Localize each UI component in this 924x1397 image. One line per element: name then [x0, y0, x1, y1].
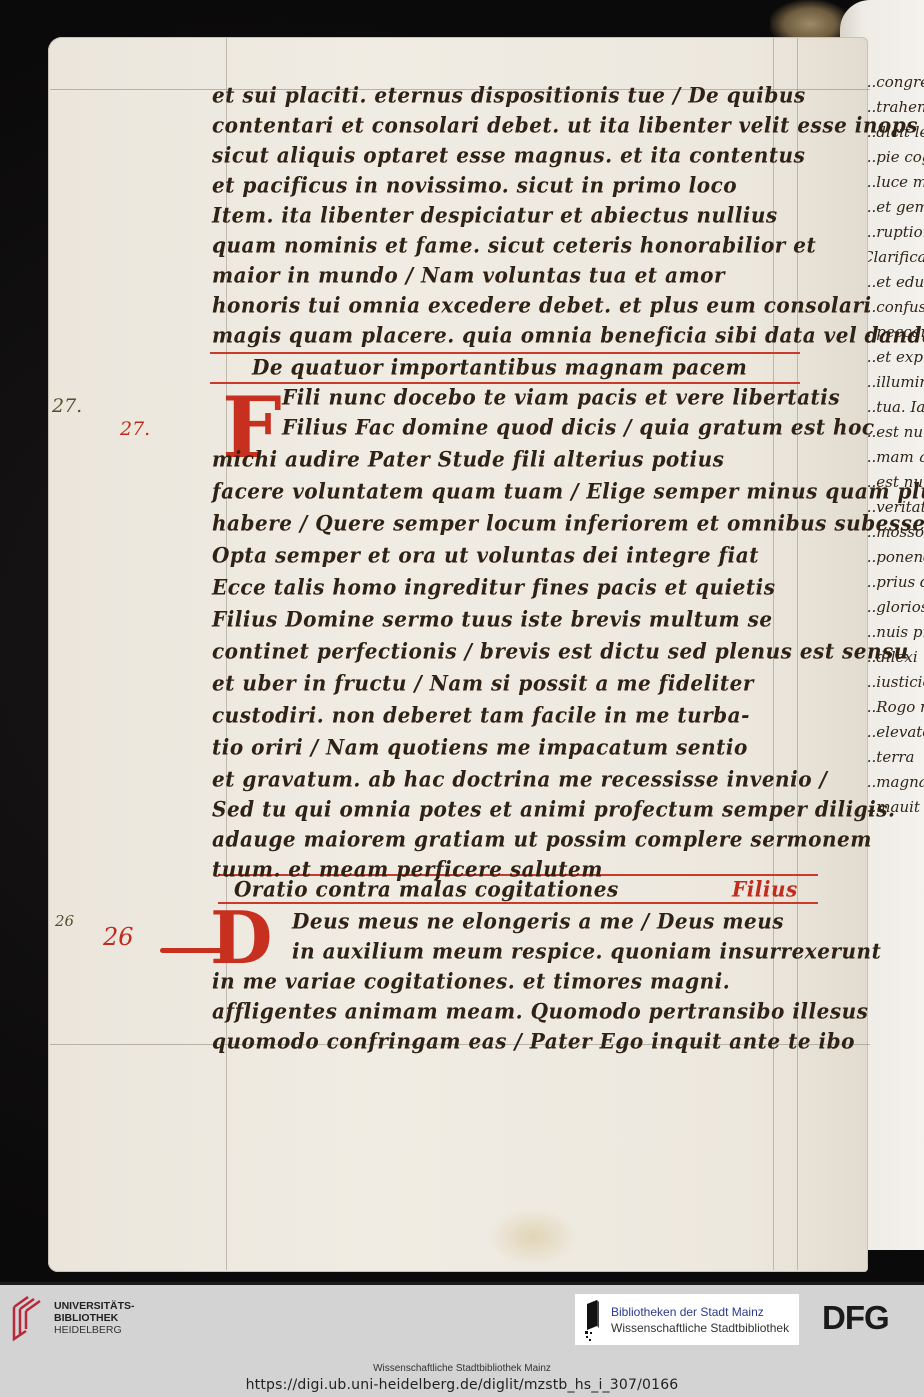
- text-line: Deus meus ne elongeris a me / Deus meus: [292, 908, 784, 933]
- heidelberg-logo-line1: UNIVERSITÄTS-: [54, 1300, 135, 1312]
- rubric-heading: Oratio contra malas cogitationes: [234, 876, 619, 901]
- permalink-url[interactable]: https://digi.ub.uni-heidelberg.de/diglit…: [0, 1377, 924, 1393]
- facing-page-line: Clarifica me: [862, 245, 924, 270]
- binding-thread: [770, 0, 850, 40]
- text-line: et pacificus in novissimo. sicut in prim…: [212, 172, 737, 197]
- text-line: magis quam placere. quia omnia beneficia…: [212, 322, 924, 347]
- mainz-logo-line2: Wissenschaftliche Stadtbibliothek: [611, 1320, 789, 1336]
- heidelberg-logo[interactable]: UNIVERSITÄTS- BIBLIOTHEK HEIDELBERG: [10, 1293, 135, 1343]
- facing-page-line: ...elevate: [862, 720, 924, 745]
- facing-page-line: ...et exp: [862, 345, 924, 370]
- mainz-logo-line1: Bibliotheken der Stadt Mainz: [611, 1304, 789, 1320]
- facing-page-line: ...ruptione: [862, 220, 924, 245]
- text-line: contentari et consolari debet. ut ita li…: [212, 112, 918, 137]
- text-line: michi audire Pater Stude fili alterius p…: [212, 446, 724, 471]
- text-line: adauge maiorem gratiam ut possim compler…: [212, 826, 872, 851]
- facing-page-line: ...terra: [862, 745, 924, 770]
- facing-page-line: ...ponendo sup: [862, 545, 924, 570]
- text-line: in me variae cogitationes. et timores ma…: [212, 968, 730, 993]
- facing-page-line: ...et educ de: [862, 270, 924, 295]
- text-line: Ecce talis homo ingreditur fines pacis e…: [212, 574, 776, 599]
- viewer-footer: UNIVERSITÄTS- BIBLIOTHEK HEIDELBERG Bibl…: [0, 1282, 924, 1397]
- text-line: tio oriri / Nam quotiens me impacatum se…: [212, 734, 748, 759]
- rubric-heading: De quatuor importantibus magnam pacem: [252, 354, 747, 379]
- text-line: Filius Fac domine quod dicis / quia grat…: [282, 414, 875, 439]
- manuscript-scan: ...congregationis...trahens secretis...d…: [0, 0, 924, 1282]
- text-line: habere / Quere semper locum inferiorem e…: [212, 510, 924, 535]
- initial-flourish: [160, 948, 230, 953]
- facing-page-line: ...et gemitus: [862, 195, 924, 220]
- text-line: et gravatum. ab hac doctrina me recessis…: [212, 766, 827, 791]
- text-line: in auxilium meum respice. quoniam insurr…: [292, 938, 881, 963]
- text-line: et sui placiti. eternus dispositionis tu…: [212, 82, 806, 107]
- margin-number-red: 26: [103, 923, 134, 951]
- facing-page-line: ...gloriosa: [862, 595, 924, 620]
- facing-page-line: ...pie cogitaciones: [862, 145, 924, 170]
- water-stain: [488, 1207, 578, 1267]
- text-line: Opta semper et ora ut voluntas dei integ…: [212, 542, 759, 567]
- text-line: Filius Domine sermo tuus iste brevis mul…: [212, 606, 773, 631]
- text-line: Fili nunc docebo te viam pacis et vere l…: [282, 384, 840, 409]
- text-line: quam nominis et fame. sicut ceteris hono…: [212, 232, 816, 257]
- facing-page-line: ...magna: [862, 770, 924, 795]
- mainz-library-logo[interactable]: Bibliotheken der Stadt Mainz Wissenschaf…: [575, 1294, 799, 1345]
- heidelberg-logo-line3: HEIDELBERG: [54, 1324, 122, 1336]
- margin-number-red: 27.: [120, 418, 150, 440]
- facing-page-line: ...congregationis: [862, 70, 924, 95]
- facing-page-line: ...illuminans: [862, 370, 924, 395]
- margin-number-old: 27.: [52, 395, 82, 417]
- book-icon: [581, 1298, 605, 1342]
- text-line: Sed tu qui omnia potes et animi profectu…: [212, 796, 895, 821]
- text-line: affligentes animam meam. Quomodo pertran…: [212, 998, 868, 1023]
- text-line: facere voluntatem quam tuam / Elige semp…: [212, 478, 924, 503]
- facing-page-line: ...Rogo me: [862, 695, 924, 720]
- facing-page-line: ...iusticie: [862, 670, 924, 695]
- text-line: sicut aliquis optaret esse magnus. et it…: [212, 142, 805, 167]
- margin-number-old: 26: [55, 912, 74, 930]
- facing-page-line: ...prius deus: [862, 570, 924, 595]
- dfg-logo[interactable]: DFG: [822, 1299, 889, 1337]
- facing-page-line: ...luce mea. ad te: [862, 170, 924, 195]
- heidelberg-logo-line2: BIBLIOTHEK: [54, 1312, 118, 1324]
- text-line: honoris tui omnia excedere debet. et plu…: [212, 292, 872, 317]
- rubric-speaker: Filius: [732, 876, 798, 901]
- text-line: continet perfectionis / brevis est dictu…: [212, 638, 909, 663]
- text-line: Item. ita libenter despiciatur et abiect…: [212, 202, 778, 227]
- text-line: quomodo confringam eas / Pater Ego inqui…: [212, 1028, 855, 1053]
- text-line: maior in mundo / Nam voluntas tua et amo…: [212, 262, 725, 287]
- source-credit: Wissenschaftliche Stadtbibliothek Mainz: [0, 1363, 924, 1374]
- text-line: custodiri. non deberet tam facile in me …: [212, 702, 750, 727]
- text-line: et uber in fructu / Nam si possit a me f…: [212, 670, 754, 695]
- facing-page-line: ...mam qui: [862, 445, 924, 470]
- heidelberg-mark-icon: [10, 1293, 44, 1343]
- decorated-initial-d: D: [210, 902, 272, 974]
